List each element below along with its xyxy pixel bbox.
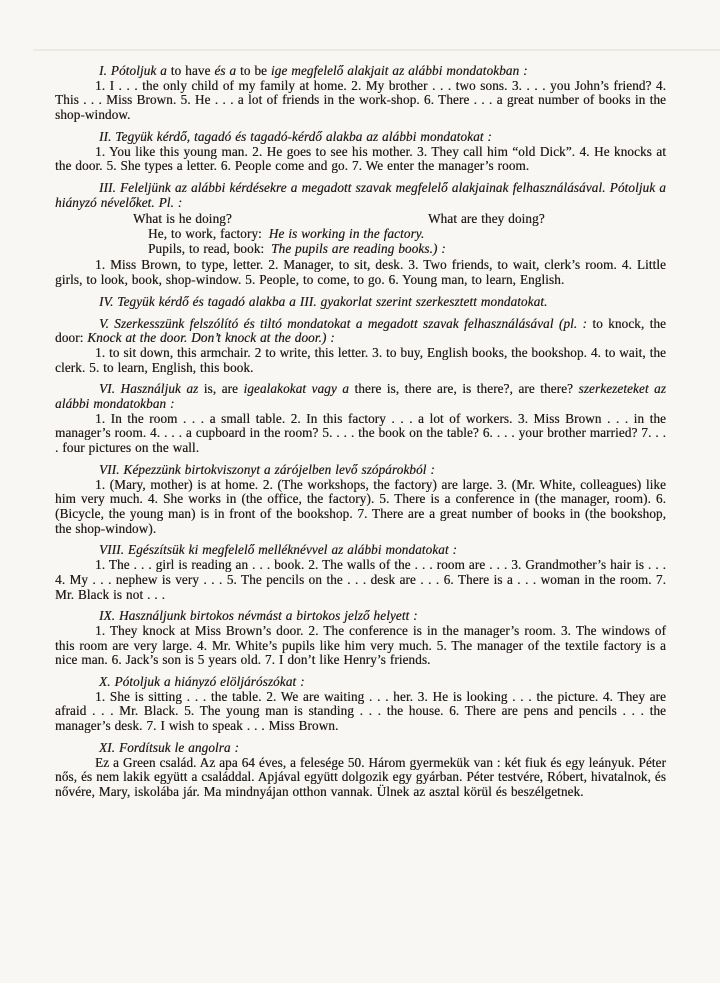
exercise-3-heading: III. Feleljünk az alábbi kérdésekre a me… xyxy=(55,181,666,210)
scan-artifact-line xyxy=(33,49,720,51)
exercise-11-heading: XI. Fordítsuk le angolra : xyxy=(55,741,666,756)
exercise-9-body: 1. They knock at Miss Brown’s door. 2. T… xyxy=(55,624,666,668)
book-page: I. Pótoljuk a to have és a to be ige meg… xyxy=(0,0,720,983)
heading-segment-roman: to have xyxy=(171,63,215,78)
exercise-7-body: 1. (Mary, mother) is at home. 2. (The wo… xyxy=(55,478,666,537)
exercise-3-body: 1. Miss Brown, to type, letter. 2. Manag… xyxy=(55,258,666,287)
example-prompt: He, to work, factory: xyxy=(148,226,269,241)
exercise-8-body: 1. The . . . girl is reading an . . . bo… xyxy=(55,558,666,602)
example-answer-row: He, to work, factory: He is working in t… xyxy=(133,227,666,242)
exercise-1-body: 1. I . . . the only child of my family a… xyxy=(55,79,666,123)
heading-segment-italic: és a xyxy=(214,63,240,78)
heading-segment-roman: there is, there are, is there?, are ther… xyxy=(354,381,578,396)
heading-segment-italic: VI. Használjuk az xyxy=(99,381,204,396)
exercise-10: X. Pótoljuk a hiányzó elöljárószókat : 1… xyxy=(55,675,666,734)
heading-segment-roman: to be xyxy=(240,63,271,78)
heading-segment-roman: is, are xyxy=(204,381,244,396)
exercise-4: IV. Tegyük kérdő és tagadó alakba a III.… xyxy=(55,295,666,310)
exercise-6-body: 1. In the room . . . a small table. 2. I… xyxy=(55,412,666,456)
exercise-10-body: 1. She is sitting . . . the table. 2. We… xyxy=(55,690,666,734)
exercise-6-heading: VI. Használjuk az is, are igealakokat va… xyxy=(55,382,666,411)
example-question-left: What is he doing? xyxy=(133,212,428,227)
heading-segment-italic: I. Pótoljuk a xyxy=(99,63,171,78)
exercise-2: II. Tegyük kérdő, tagadó és tagadó-kérdő… xyxy=(55,130,666,174)
heading-segment-italic: ige megfelelő alakjait az alábbi mondato… xyxy=(271,63,528,78)
exercise-1-heading: I. Pótoljuk a to have és a to be ige meg… xyxy=(55,64,666,79)
exercise-6: VI. Használjuk az is, are igealakokat va… xyxy=(55,382,666,456)
exercise-11: XI. Fordítsuk le angolra : Ez a Green cs… xyxy=(55,741,666,800)
exercise-5: V. Szerkesszünk felszólító és tiltó mond… xyxy=(55,317,666,376)
exercise-3: III. Feleljünk az alábbi kérdésekre a me… xyxy=(55,181,666,288)
exercise-5-body: 1. to sit down, this armchair. 2 to writ… xyxy=(55,346,666,375)
exercise-9-heading: IX. Használjunk birtokos névmást a birto… xyxy=(55,609,666,624)
heading-segment-italic: Knock at the door. Don’t knock at the do… xyxy=(87,330,335,345)
example-answer: He is working in the factory. xyxy=(269,226,425,241)
example-answer-row: Pupils, to read, book: The pupils are re… xyxy=(133,242,666,257)
heading-segment-italic: igealakokat vagy a xyxy=(243,381,354,396)
example-questions-row: What is he doing?What are they doing? xyxy=(133,212,666,227)
exercise-2-body: 1. You like this young man. 2. He goes t… xyxy=(55,145,666,174)
exercise-4-heading: IV. Tegyük kérdő és tagadó alakba a III.… xyxy=(55,295,666,310)
exercise-8-heading: VIII. Egészítsük ki megfelelő melléknévv… xyxy=(55,543,666,558)
example-answer: The pupils are reading books.) : xyxy=(271,241,446,256)
exercise-9: IX. Használjunk birtokos névmást a birto… xyxy=(55,609,666,668)
exercise-11-body: Ez a Green család. Az apa 64 éves, a fel… xyxy=(55,756,666,800)
heading-segment-italic: V. Szerkesszünk felszólító és tiltó mond… xyxy=(99,316,592,331)
exercise-3-example-block: What is he doing?What are they doing? He… xyxy=(133,212,666,256)
exercise-5-heading: V. Szerkesszünk felszólító és tiltó mond… xyxy=(55,317,666,346)
exercise-7-heading: VII. Képezzünk birtokviszonyt a zárójelb… xyxy=(55,463,666,478)
exercise-10-heading: X. Pótoljuk a hiányzó elöljárószókat : xyxy=(55,675,666,690)
example-prompt: Pupils, to read, book: xyxy=(148,241,271,256)
example-question-right: What are they doing? xyxy=(428,211,545,226)
exercise-8: VIII. Egészítsük ki megfelelő melléknévv… xyxy=(55,543,666,602)
exercise-7: VII. Képezzünk birtokviszonyt a zárójelb… xyxy=(55,463,666,537)
exercise-2-heading: II. Tegyük kérdő, tagadó és tagadó-kérdő… xyxy=(55,130,666,145)
exercise-1: I. Pótoljuk a to have és a to be ige meg… xyxy=(55,64,666,123)
